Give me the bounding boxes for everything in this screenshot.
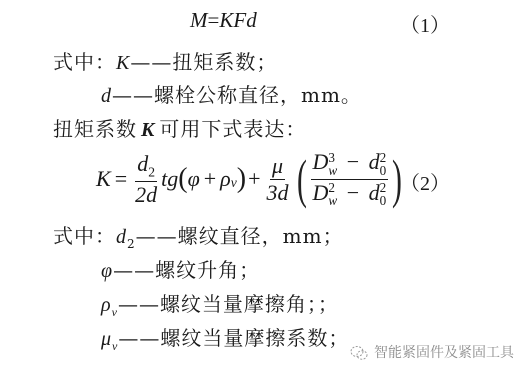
equation-number-1: （1） bbox=[400, 9, 450, 38]
dash: —— bbox=[113, 258, 155, 282]
function-tg: tg bbox=[161, 166, 178, 192]
definition-d2: 式中：d2——螺纹直径，mm； bbox=[53, 220, 344, 251]
wechat-icon bbox=[350, 345, 368, 361]
definition-text: 螺纹当量摩擦系数； bbox=[160, 326, 349, 350]
subscript: 0 bbox=[380, 164, 387, 177]
minus-sign: − bbox=[347, 149, 359, 174]
symbol-rho: ρ bbox=[220, 166, 231, 192]
plus-sign: + bbox=[248, 166, 260, 192]
equation-1: M=KFd bbox=[190, 8, 257, 33]
subscript: 2 bbox=[148, 164, 155, 179]
dash: —— bbox=[118, 326, 160, 350]
definition-text: 螺栓公称直径，mm。 bbox=[154, 83, 362, 107]
symbol-rho: ρ bbox=[101, 294, 112, 316]
intro-after: 可用下式表达： bbox=[159, 117, 306, 141]
symbol-F: F bbox=[233, 8, 246, 32]
dash: —— bbox=[136, 224, 178, 248]
definition-text: 螺纹直径，mm； bbox=[178, 224, 344, 248]
symbol-mu: μ bbox=[101, 328, 112, 350]
symbol-M: M bbox=[190, 8, 208, 32]
paren-close: ) bbox=[237, 163, 246, 195]
symbol-K: K bbox=[96, 166, 111, 192]
definition-phi: φ——螺纹升角； bbox=[101, 254, 260, 283]
watermark: 智能紧固件及紧固工具 bbox=[350, 342, 514, 362]
watermark-text: 智能紧固件及紧固工具 bbox=[374, 345, 514, 361]
equals-sign: = bbox=[208, 8, 220, 32]
subscript: 0 bbox=[380, 194, 387, 207]
definition-K: 式中：K——扭矩系数； bbox=[53, 46, 277, 75]
symbol-D: D bbox=[313, 180, 329, 205]
dash: —— bbox=[130, 50, 172, 74]
definition-text: 螺纹当量摩擦角；； bbox=[160, 292, 339, 316]
symbol-d: d bbox=[369, 149, 380, 174]
symbol-D: D bbox=[313, 149, 329, 174]
symbol-K: K bbox=[116, 52, 130, 74]
fraction-d2-over-2d: d2 2d bbox=[133, 152, 159, 206]
definition-prefix: 式中： bbox=[53, 224, 116, 248]
subscript: w bbox=[328, 164, 337, 177]
symbol-K: K bbox=[219, 8, 233, 32]
minus-sign: − bbox=[347, 180, 359, 205]
fraction-mu-over-3d: μ 3d bbox=[265, 154, 291, 203]
fraction-Dw: D3w − d20 D2w − d20 bbox=[311, 150, 389, 207]
dash: —— bbox=[112, 83, 154, 107]
denominator: 2d bbox=[135, 182, 157, 207]
subscript: 2 bbox=[127, 237, 136, 251]
equation-number-2: （2） bbox=[400, 167, 450, 196]
definition-text: 螺纹升角； bbox=[155, 258, 260, 282]
symbol-d: d bbox=[369, 180, 380, 205]
big-paren-open: ( bbox=[297, 152, 307, 206]
symbol-phi: φ bbox=[188, 166, 200, 192]
dash: —— bbox=[118, 292, 160, 316]
symbol-K: K bbox=[141, 119, 155, 141]
symbol-phi: φ bbox=[101, 260, 113, 282]
symbol-d: d bbox=[116, 226, 127, 248]
symbol-d: d bbox=[137, 151, 148, 176]
definition-prefix: 式中： bbox=[53, 50, 116, 74]
symbol-d: d bbox=[246, 8, 257, 32]
subscript: w bbox=[328, 194, 337, 207]
subscript: v bbox=[231, 175, 237, 191]
definition-rho-v: ρv——螺纹当量摩擦角；； bbox=[101, 288, 339, 320]
definition-d: d——螺栓公称直径，mm。 bbox=[101, 79, 362, 108]
paren-open: ( bbox=[178, 163, 187, 195]
symbol-mu: μ bbox=[272, 153, 283, 178]
equation-2: K = d2 2d tg ( φ + ρv ) + μ 3d ( D3w − d… bbox=[96, 143, 406, 215]
definition-mu-v: μv——螺纹当量摩擦系数； bbox=[101, 322, 349, 354]
denominator: 3d bbox=[267, 180, 289, 205]
definition-text: 扭矩系数； bbox=[172, 50, 277, 74]
intro-text: 扭矩系数K可用下式表达： bbox=[53, 113, 306, 142]
intro-before: 扭矩系数 bbox=[53, 117, 137, 141]
equals-sign: = bbox=[115, 166, 127, 192]
plus-sign: + bbox=[204, 166, 216, 192]
symbol-d: d bbox=[101, 85, 112, 107]
